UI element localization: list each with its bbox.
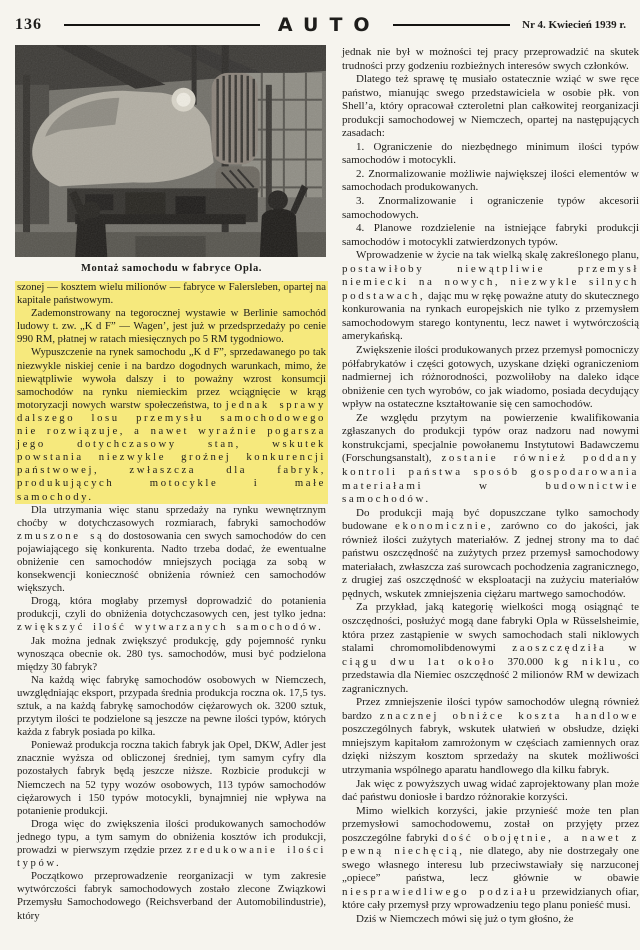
paragraph: Dlatego też sprawę tę musiało ostateczni… bbox=[340, 73, 640, 141]
body-text: 4. Planowe rozdzielenie na istniejące fa… bbox=[342, 222, 639, 248]
body-text: Dla utrzymania więc stanu sprzedaży na r… bbox=[17, 504, 326, 529]
body-text: szonej — kosztem wielu milionów — fabryc… bbox=[17, 281, 326, 306]
body-text: Jak można jednak zwiększyć produkcję, gd… bbox=[17, 635, 326, 673]
page-header: 136 AUTO Nr 4. Kwiecień 1939 r. bbox=[15, 8, 626, 42]
header-rule-left bbox=[64, 24, 260, 26]
paragraph: Zwiększenie ilości produkowanych przez p… bbox=[340, 344, 640, 412]
body-text: Dlatego też sprawę tę musiało ostateczni… bbox=[342, 73, 639, 139]
body-text: jednak nie był w możności tej pracy prze… bbox=[342, 46, 639, 72]
paragraph: Dziś w Niemczech mówi się już o tym głoś… bbox=[340, 913, 640, 927]
photo-figure: Montaż samochodu w fabryce Opla. bbox=[15, 45, 328, 281]
body-text: Jak więc z powyższych uwag widać zaproje… bbox=[342, 778, 639, 804]
article-body: Montaż samochodu w fabryce Opla. szonej … bbox=[15, 45, 626, 927]
paragraph: Wypuszczenie na rynek samochodu „K d F”,… bbox=[15, 346, 328, 503]
left-column: Montaż samochodu w fabryce Opla. szonej … bbox=[15, 45, 328, 927]
paragraph: 3. Znormalizowanie i ograniczenie typów … bbox=[340, 195, 640, 222]
paragraph: szonej — kosztem wielu milionów — fabryc… bbox=[15, 281, 328, 307]
paragraph: Jak więc z powyższych uwag widać zaproje… bbox=[340, 778, 640, 805]
emphasized-text: niesprawiedliwego podziału bbox=[342, 886, 538, 898]
body-text: Dziś w Niemczech mówi się już o tym głoś… bbox=[356, 913, 574, 925]
body-text: poszczególnych fabryk, wskutek ułatwień … bbox=[342, 723, 639, 776]
paragraph: jednak nie był w możności tej pracy prze… bbox=[340, 46, 640, 73]
body-text: Zwiększenie ilości produkowanych przez p… bbox=[342, 344, 639, 410]
paragraph: Droga więc do zwiększenia ilości produko… bbox=[15, 818, 328, 870]
paragraph: Mimo wielkich korzyści, jakie przynieść … bbox=[340, 805, 640, 913]
paragraph: Początkowo przeprowadzenie reorganizacji… bbox=[15, 870, 328, 922]
paragraph: Drogą, która mogłaby przemysł doprowadzi… bbox=[15, 595, 328, 634]
paragraph: Zademonstrowany na tegorocznej wystawie … bbox=[15, 307, 328, 346]
emphasized-text: zwiększyć ilość wytwarzanych samochodów. bbox=[17, 621, 323, 633]
body-text: 1. Ograniczenie do niezbędnego minimum i… bbox=[342, 141, 639, 167]
paragraph: Dla utrzymania więc stanu sprzedaży na r… bbox=[15, 504, 328, 596]
paragraph: 1. Ograniczenie do niezbędnego minimum i… bbox=[340, 141, 640, 168]
assembly-photo-image bbox=[15, 45, 326, 257]
right-column: jednak nie był w możności tej pracy prze… bbox=[340, 45, 640, 927]
paragraph: Ze względu przytym na powierzenie kwalif… bbox=[340, 412, 640, 507]
emphasized-text: znacznej obniżce koszta handlowe bbox=[380, 710, 639, 722]
paragraph: Wprowadzenie w życie na tak wielką skalę… bbox=[340, 249, 640, 344]
header-rule-right bbox=[393, 24, 511, 26]
emphasized-text: jednak sprawy dalszego losu przemysłu sa… bbox=[17, 399, 326, 503]
photo-caption: Montaż samochodu w fabryce Opla. bbox=[15, 257, 328, 281]
right-column-text: jednak nie był w możności tej pracy prze… bbox=[340, 46, 640, 927]
body-text: 3. Znormalizowanie i ograniczenie typów … bbox=[342, 195, 639, 221]
emphasized-text: kg niklu, bbox=[543, 656, 623, 668]
body-text: Drogą, która mogłaby przemysł doprowadzi… bbox=[17, 595, 326, 620]
paragraph: Za przykład, jaką kategorię wielkości mo… bbox=[340, 601, 640, 696]
magazine-title: AUTO bbox=[272, 14, 381, 36]
emphasized-text: zmuszone są bbox=[17, 530, 104, 542]
magazine-page: 136 AUTO Nr 4. Kwiecień 1939 r. bbox=[0, 0, 640, 950]
left-column-text: szonej — kosztem wielu milionów — fabryc… bbox=[15, 281, 328, 923]
page-number: 136 bbox=[15, 16, 42, 34]
paragraph: Przez zmniejszenie ilości typów samochod… bbox=[340, 696, 640, 777]
body-text: Na każdą więc fabrykę samochodów osobowy… bbox=[17, 674, 326, 738]
issue-date: Nr 4. Kwiecień 1939 r. bbox=[522, 19, 626, 31]
body-text: Ponieważ produkcja roczna takich fabryk … bbox=[17, 739, 326, 816]
body-text: 2. Znormalizowanie możliwie największej … bbox=[342, 168, 639, 194]
paragraph: 2. Znormalizowanie możliwie największej … bbox=[340, 168, 640, 195]
paragraph: Do produkcji mają być dopuszczane tylko … bbox=[340, 507, 640, 602]
paragraph: Ponieważ produkcja roczna takich fabryk … bbox=[15, 739, 328, 818]
body-text: Wprowadzenie w życie na tak wielką skalę… bbox=[356, 249, 639, 261]
emphasized-text: ekonomicznie, bbox=[395, 520, 493, 532]
paragraph: Jak można jednak zwiększyć produkcję, gd… bbox=[15, 635, 328, 674]
body-text: Początkowo przeprowadzenie reorganizacji… bbox=[17, 870, 326, 921]
paragraph: 4. Planowe rozdzielenie na istniejące fa… bbox=[340, 222, 640, 249]
body-text: Zademonstrowany na tegorocznej wystawie … bbox=[17, 307, 326, 345]
paragraph: Na każdą więc fabrykę samochodów osobowy… bbox=[15, 674, 328, 739]
body-text: 370.000 bbox=[507, 656, 543, 668]
